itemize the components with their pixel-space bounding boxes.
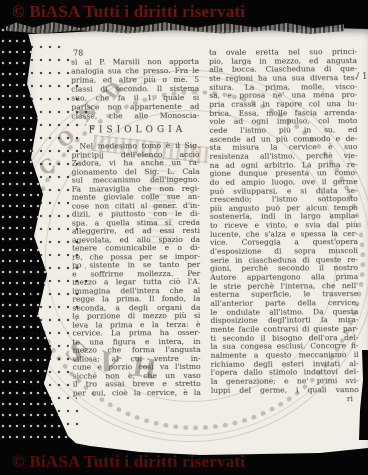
page-number: 78 [73,49,83,58]
copyright-watermark-bottom: © BiASA Tutti i diritti riservati [12,452,245,472]
left-column-paragraph: Nel medesimo tomo è il Sig.principij del… [72,142,201,398]
left-column: sì al P. Marsili non apportaanalogia sua… [71,57,201,398]
right-column: ta ovale eretta nel suo princi-pio, larg… [209,48,359,404]
right-column-paragraph: ta ovale eretta nel suo princi-pio, larg… [209,48,359,395]
catchword: ri [211,394,359,404]
left-column-paragraph-end: sì al P. Marsili non apportaanalogia sua… [71,57,199,121]
scan-edge-marks: / 1 [356,68,368,86]
section-heading-fisiologia: FISIOLOGIA [75,125,199,136]
copyright-watermark-top: © BiASA Tutti i diritti riservati [12,2,245,22]
scanned-book-page-screenshot: © BiASA Tutti i diritti riservati C O N … [0,0,368,475]
